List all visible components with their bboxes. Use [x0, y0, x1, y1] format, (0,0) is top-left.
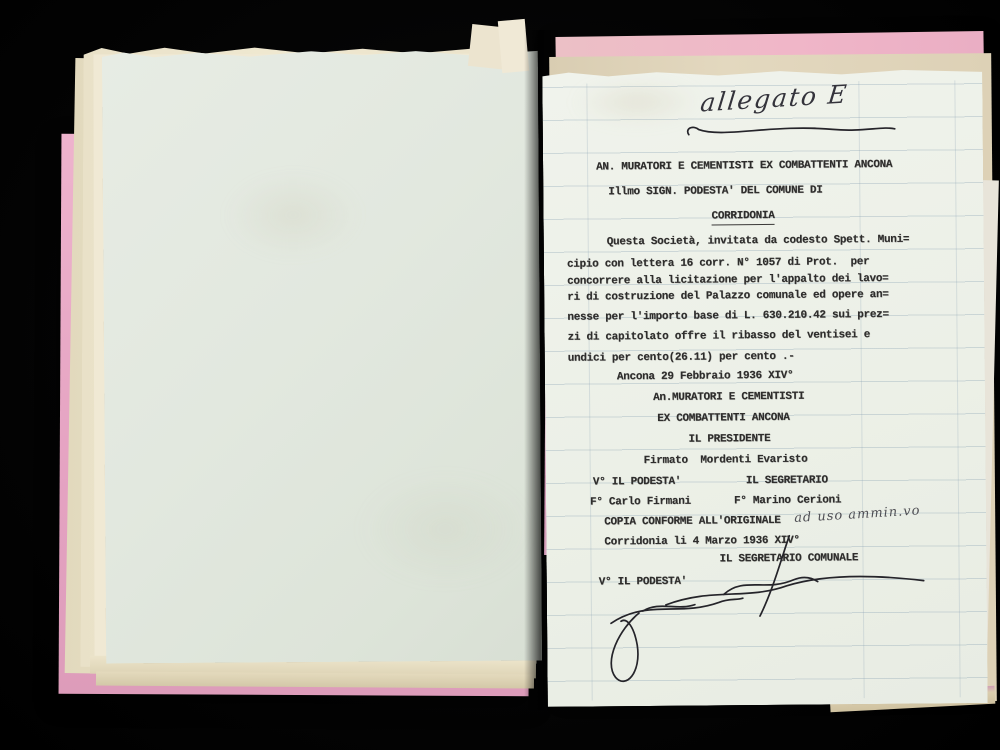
document-page: allegato E AN. MURATORI E CEMENTISTI EX …: [542, 68, 988, 707]
copia-conforme-line: COPIA CONFORME ALL'ORIGINALE: [604, 515, 781, 530]
name-marino-cerioni: F° Marino Cerioni: [734, 494, 841, 508]
presidente-title: IL PRESIDENTE: [688, 433, 770, 447]
annotation-underline-flourish: [683, 121, 898, 141]
photo-backdrop: allegato E AN. MURATORI E CEMENTISTI EX …: [0, 0, 1000, 750]
body-line: undici per cento(26.11) per cento .-: [568, 351, 795, 366]
segretario-title-right: IL SEGRETARIO: [746, 474, 828, 488]
signature-stroke: [611, 598, 743, 623]
doc-heading-line-1: AN. MURATORI E CEMENTISTI EX COMBATTENTI…: [596, 159, 892, 175]
body-line: Questa Società, invitata da codesto Spet…: [607, 234, 910, 250]
recipient-city: CORRIDONIA: [711, 210, 774, 226]
firmato-line: Firmato Mordenti Evaristo: [644, 454, 808, 468]
body-line: cipio con lettera 16 corr. N° 1057 di Pr…: [567, 256, 870, 272]
signature-stroke: [611, 613, 640, 681]
body-line: zi di capitolato offre il ribasso del ve…: [568, 329, 871, 345]
date-line: Ancona 29 Febbraio 1936 XIV°: [617, 370, 794, 385]
paper-stain: [355, 469, 536, 590]
name-carlo-firmani: F° Carlo Firmani: [590, 496, 691, 510]
doc-heading-line-2: Illmo SIGN. PODESTA' DEL COMUNE DI: [608, 184, 822, 199]
org-line-1: An.MURATORI E CEMENTISTI: [653, 391, 804, 405]
signature-podesta: [595, 580, 766, 696]
podesta-title-left: V° IL PODESTA': [593, 476, 681, 490]
flourish-stroke: [688, 126, 895, 135]
org-line-2: EX COMBATTENTI ANCONA: [657, 412, 789, 426]
paper-stain: [223, 170, 364, 261]
left-blank-page: [102, 48, 542, 663]
